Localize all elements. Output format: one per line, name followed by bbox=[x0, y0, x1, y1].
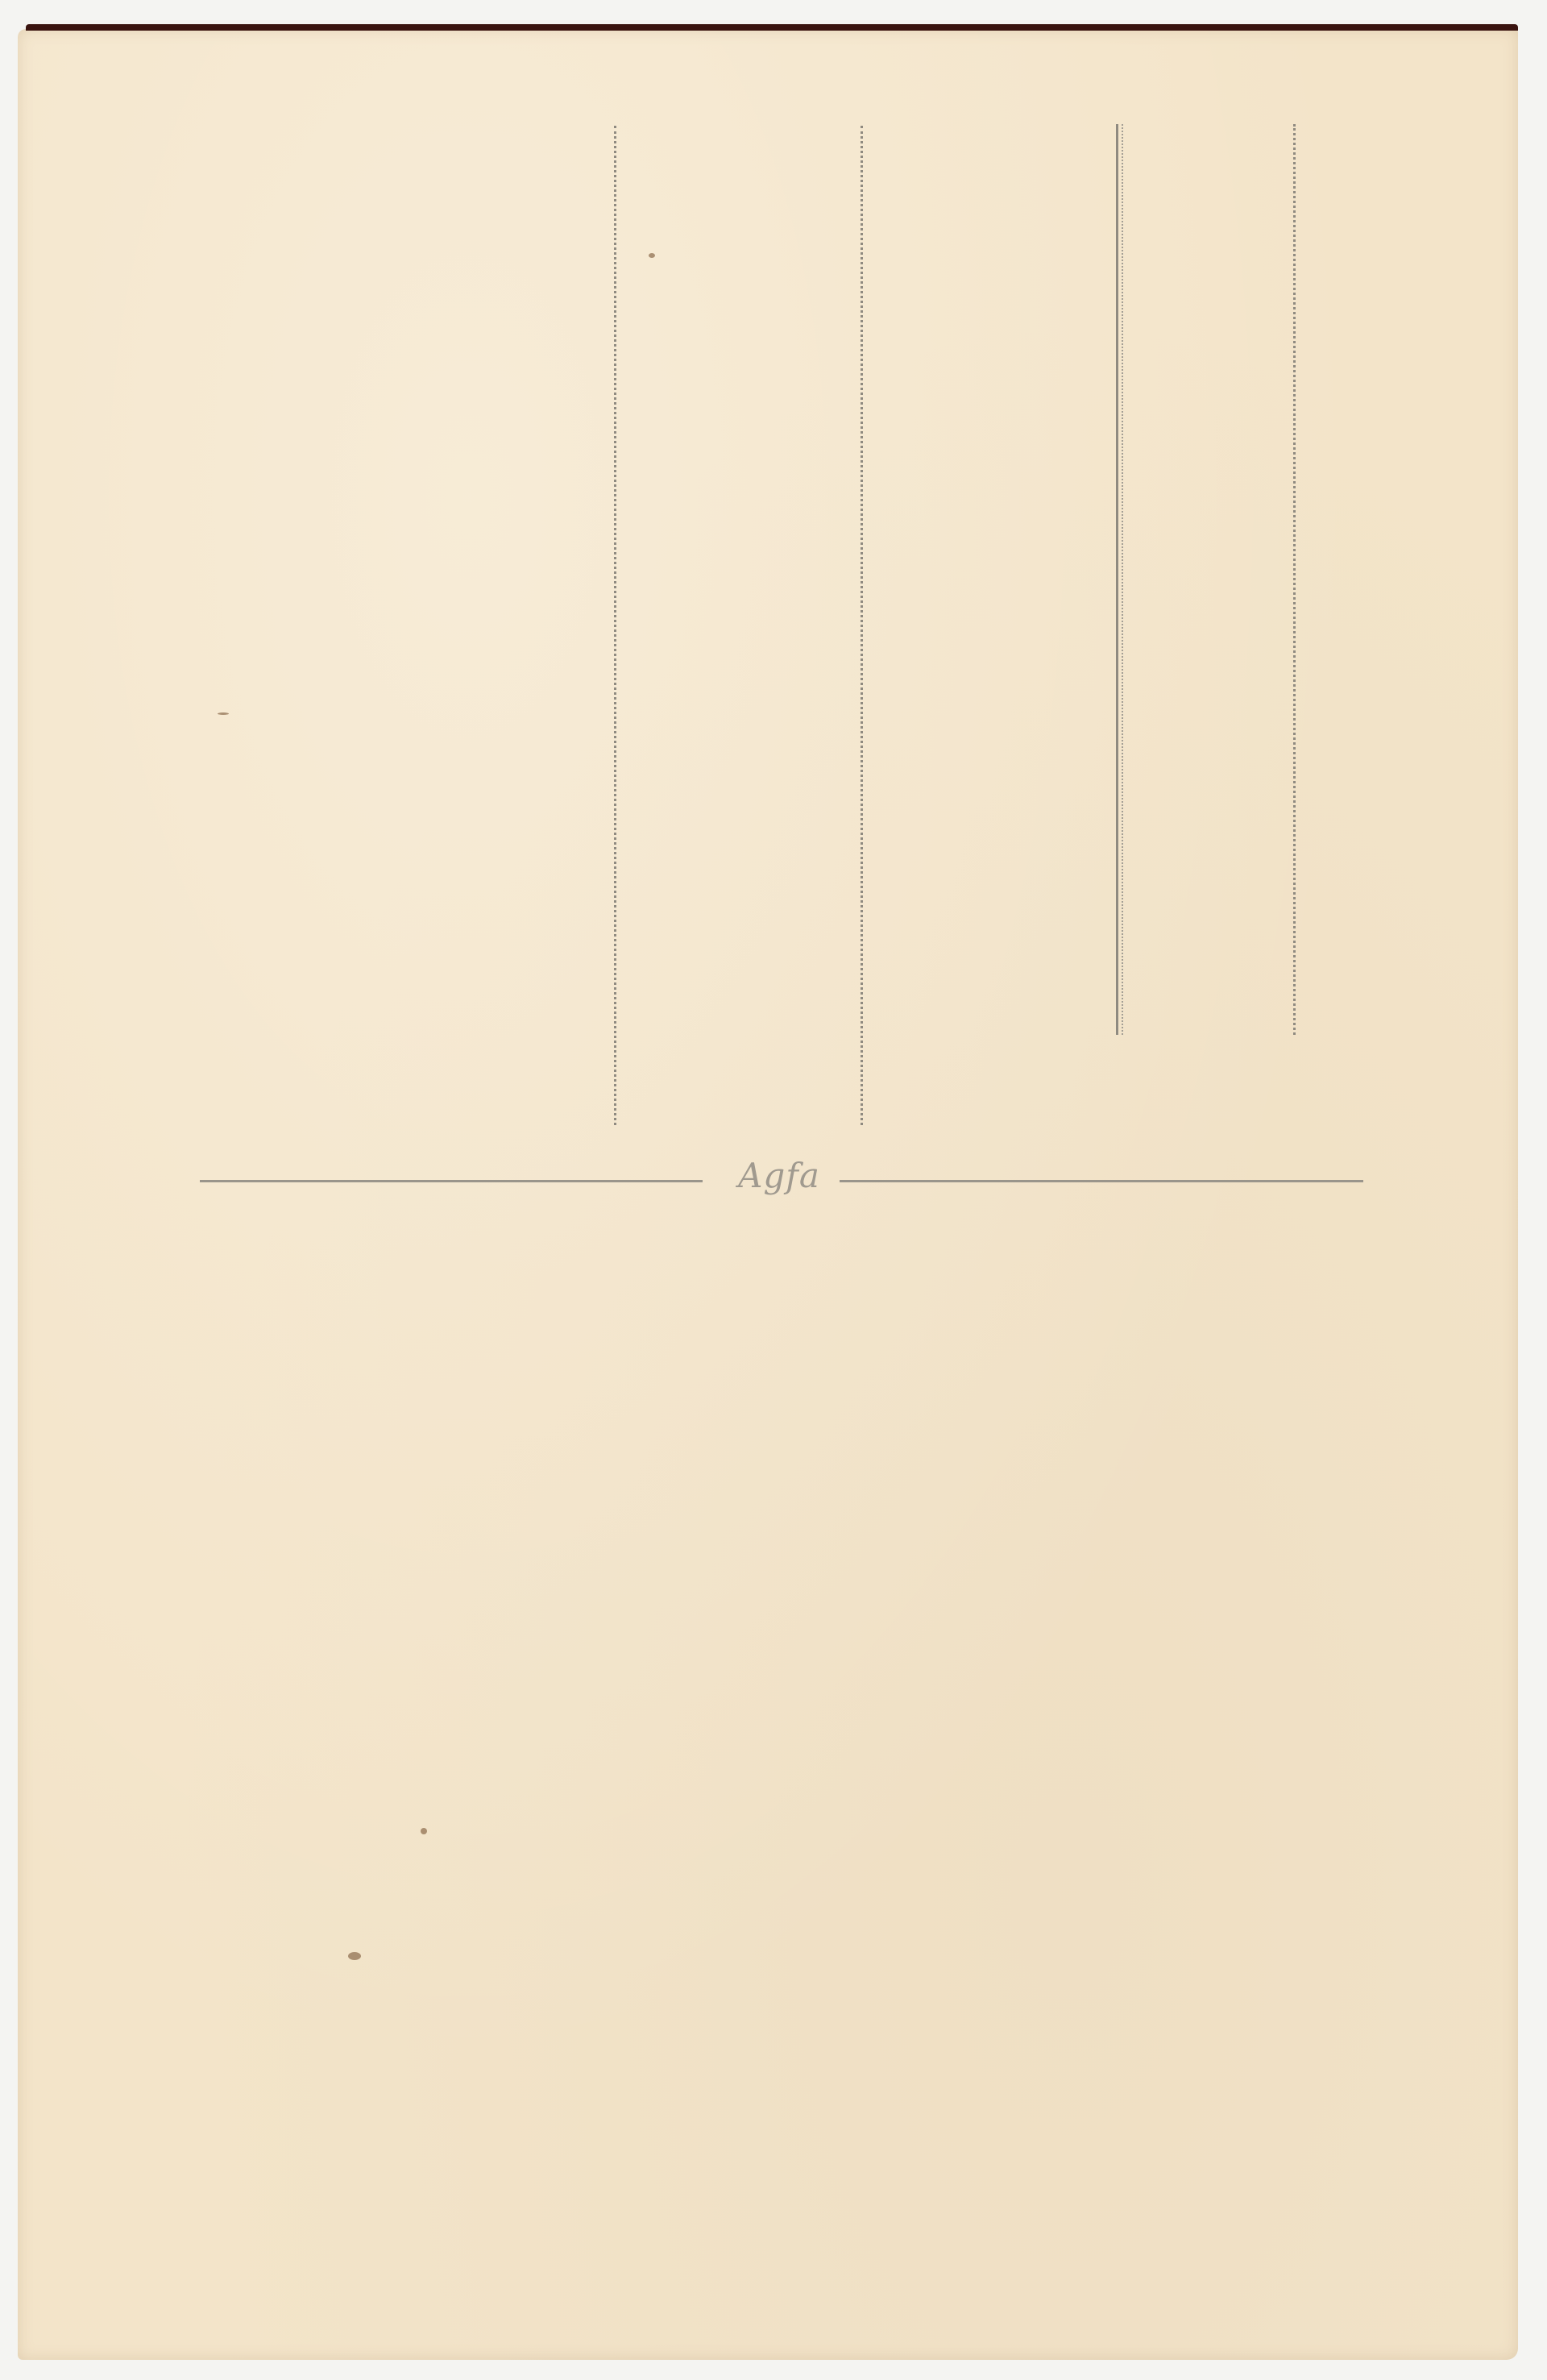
paper-speck bbox=[421, 1828, 427, 1834]
divider-line-right bbox=[840, 1180, 1363, 1182]
agfa-logo: Agfa bbox=[707, 1156, 852, 1195]
divider-line-left bbox=[200, 1180, 703, 1182]
card-top-edge bbox=[26, 24, 1518, 31]
paper-speck bbox=[348, 1952, 361, 1960]
dotted-guide-line-1 bbox=[614, 126, 616, 1125]
double-guide-line bbox=[1116, 124, 1118, 1035]
dotted-guide-line-4 bbox=[1293, 124, 1296, 1035]
postcard-back: Agfa bbox=[18, 29, 1518, 2360]
paper-speck bbox=[218, 712, 229, 715]
dotted-guide-line-2 bbox=[861, 126, 863, 1125]
paper-speck bbox=[649, 253, 655, 258]
